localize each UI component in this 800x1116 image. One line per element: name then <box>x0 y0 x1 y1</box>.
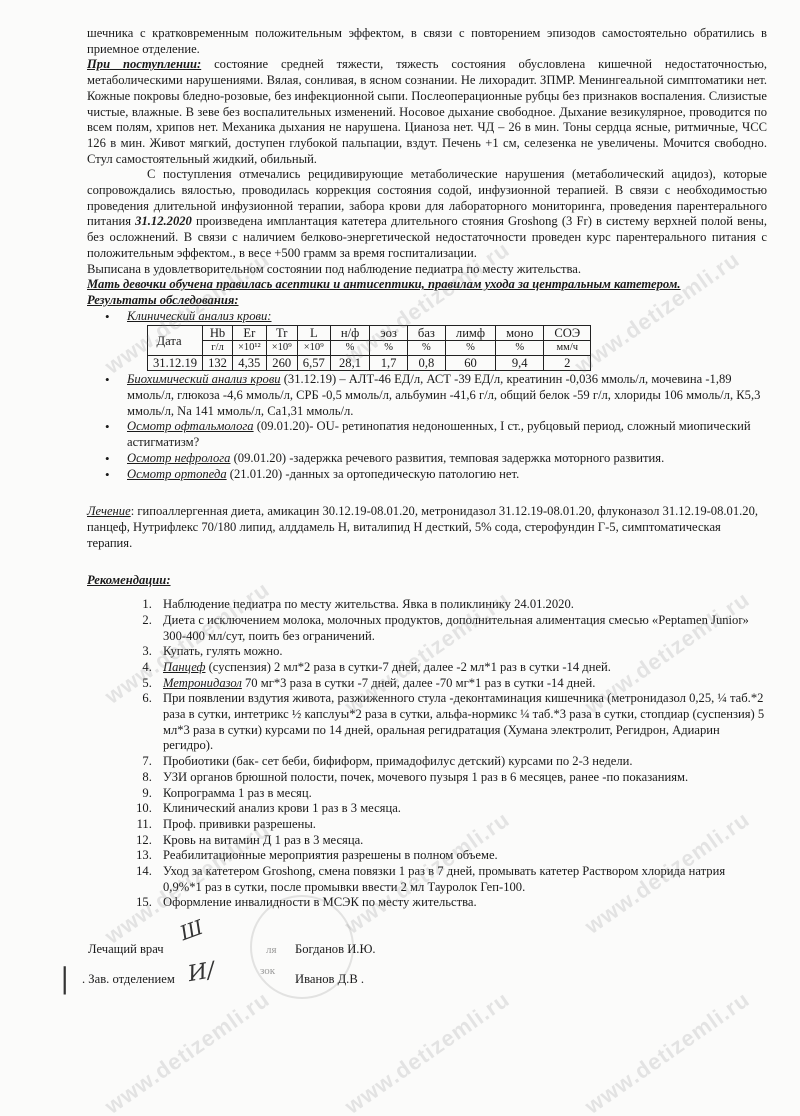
header-l: L <box>297 326 330 341</box>
recommendation-item: Панцеф (суспензия) 2 мл*2 раза в сутки-7… <box>155 660 767 676</box>
treatment-paragraph: Лечение: гипоаллергенная диета, амикацин… <box>87 504 767 551</box>
cell-soe: 2 <box>544 356 591 371</box>
orthopedist-label: Осмотр ортопеда <box>127 467 227 481</box>
header-mono: моно <box>496 326 544 341</box>
unit-baz: % <box>407 341 445 356</box>
recommendation-item: Уход за катетером Groshong, смена повязк… <box>155 864 767 895</box>
date-header: Дата <box>148 326 203 356</box>
recommendation-text: Пробиотики (бак- сет беби, бифиформ, при… <box>163 754 633 768</box>
unit-l: ×10⁹ <box>297 341 330 356</box>
cbc-data-row: 31.12.19 132 4,35 260 6,57 28,1 1,7 0,8 … <box>148 356 591 371</box>
watermark-text: www.detizemli.ru <box>580 986 755 1116</box>
recommendations-heading: Рекомендации: <box>87 573 767 589</box>
biochem-label: Биохимический анализ крови <box>127 372 281 386</box>
recommendation-text: 70 мг*3 раза в сутки -7 дней, далее -70 … <box>242 676 596 690</box>
cell-limf: 60 <box>445 356 495 371</box>
recommendation-item: Купать, гулять можно. <box>155 644 767 660</box>
document-page: шечника с кратковременным положительным … <box>87 26 767 911</box>
header-eoz: эоз <box>370 326 408 341</box>
recommendation-item: Диета с исключением молока, молочных про… <box>155 613 767 644</box>
cell-tr: 260 <box>266 356 297 371</box>
unit-mono: % <box>496 341 544 356</box>
recommendation-item: Клинический анализ крови 1 раз в 3 месяц… <box>155 801 767 817</box>
recommendation-text: Клинический анализ крови 1 раз в 3 месяц… <box>163 801 401 815</box>
course-paragraph: С поступления отмечались рецидивирующие … <box>87 167 767 261</box>
admission-text: состояние средней тяжести, тяжесть состо… <box>87 57 767 165</box>
head-name: Иванов Д.В . <box>295 972 364 987</box>
nephrologist-text: (09.01.20) -задержка речевого развития, … <box>230 451 664 465</box>
orthopedist-text: (21.01.20) -данных за ортопедическую пат… <box>227 467 520 481</box>
header-tr: Tr <box>266 326 297 341</box>
recommendation-label: Метронидазол <box>163 676 242 690</box>
handwritten-mark: | <box>60 962 69 995</box>
catheter-date: 31.12.2020 <box>135 214 192 228</box>
cbc-header-row: Дата Hb Er Tr L н/ф эоз баз лимф моно СО… <box>148 326 591 341</box>
cbc-item: Клинический анализ крови: Дата Hb Er Tr … <box>127 309 767 372</box>
stamp-text-2: зок <box>260 965 275 977</box>
signature-head: И/ <box>186 958 217 987</box>
unit-nf: % <box>330 341 369 356</box>
recommendation-item: Оформление инвалидности в МСЭК по месту … <box>155 895 767 911</box>
admission-paragraph: При поступлении: состояние средней тяжес… <box>87 57 767 167</box>
recommendation-item: Пробиотики (бак- сет беби, бифиформ, при… <box>155 754 767 770</box>
recommendation-item: Реабилитационные мероприятия разрешены в… <box>155 848 767 864</box>
watermark-text: www.detizemli.ru <box>100 986 275 1116</box>
attending-role: Лечащий врач <box>88 942 164 957</box>
ophthalmologist-item: Осмотр офтальмолога (09.01.20)- OU- рети… <box>127 419 767 450</box>
results-list: Клинический анализ крови: Дата Hb Er Tr … <box>87 309 767 483</box>
recommendation-text: УЗИ органов брюшной полости, почек, моче… <box>163 770 688 784</box>
recommendation-text: При появлении вздутия живота, разжиженно… <box>163 691 764 752</box>
signature-attending: Ш <box>177 915 207 945</box>
recommendation-text: Кровь на витамин Д 1 раз в 3 месяца. <box>163 833 363 847</box>
unit-tr: ×10⁹ <box>266 341 297 356</box>
results-heading: Результаты обследования: <box>87 293 767 309</box>
unit-hb: г/л <box>203 341 233 356</box>
recommendation-text: Диета с исключением молока, молочных про… <box>163 613 749 643</box>
unit-er: ×10¹² <box>232 341 266 356</box>
recommendation-text: Копрограмма 1 раз в месяц. <box>163 786 312 800</box>
cbc-unit-row: г/л ×10¹² ×10⁹ ×10⁹ % % % % % мм/ч <box>148 341 591 356</box>
cell-baz: 0,8 <box>407 356 445 371</box>
nephrologist-item: Осмотр нефролога (09.01.20) -задержка ре… <box>127 451 767 467</box>
treatment-heading: Лечение <box>87 504 131 518</box>
discharge-paragraph: Выписана в удовлетворительном состоянии … <box>87 262 767 278</box>
cell-eoz: 1,7 <box>370 356 408 371</box>
header-soe: СОЭ <box>544 326 591 341</box>
mother-note: Мать девочки обучена правилась асептики … <box>87 277 767 293</box>
recommendation-text: Купать, гулять можно. <box>163 644 283 658</box>
intro-paragraph: шечника с кратковременным положительным … <box>87 26 767 57</box>
cell-l: 6,57 <box>297 356 330 371</box>
header-baz: баз <box>407 326 445 341</box>
cell-er: 4,35 <box>232 356 266 371</box>
header-hb: Hb <box>203 326 233 341</box>
orthopedist-item: Осмотр ортопеда (21.01.20) -данных за ор… <box>127 467 767 483</box>
stamp-text-1: ля <box>266 944 277 956</box>
treatment-text: : гипоаллергенная диета, амикацин 30.12.… <box>87 504 758 549</box>
unit-soe: мм/ч <box>544 341 591 356</box>
header-limf: лимф <box>445 326 495 341</box>
cbc-table: Дата Hb Er Tr L н/ф эоз баз лимф моно СО… <box>147 325 591 371</box>
cbc-label: Клинический анализ крови: <box>127 309 271 323</box>
recommendation-item: УЗИ органов брюшной полости, почек, моче… <box>155 770 767 786</box>
head-role: . Зав. отделением <box>82 972 175 987</box>
attending-name: Богданов И.Ю. <box>295 942 376 957</box>
header-er: Er <box>232 326 266 341</box>
nephrologist-label: Осмотр нефролога <box>127 451 230 465</box>
recommendation-item: Кровь на витамин Д 1 раз в 3 месяца. <box>155 833 767 849</box>
watermark-text: www.detizemli.ru <box>340 986 515 1116</box>
biochem-item: Биохимический анализ крови (31.12.19) – … <box>127 372 767 419</box>
recommendation-text: Проф. прививки разрешены. <box>163 817 316 831</box>
recommendation-text: Реабилитационные мероприятия разрешены в… <box>163 848 498 862</box>
recommendation-item: При появлении вздутия живота, разжиженно… <box>155 691 767 754</box>
cell-date: 31.12.19 <box>148 356 203 371</box>
recommendation-item: Наблюдение педиатра по месту жительства.… <box>155 597 767 613</box>
recommendation-text: Уход за катетером Groshong, смена повязк… <box>163 864 725 894</box>
unit-eoz: % <box>370 341 408 356</box>
unit-limf: % <box>445 341 495 356</box>
recommendation-text: Наблюдение педиатра по месту жительства.… <box>163 597 574 611</box>
recommendation-item: Проф. прививки разрешены. <box>155 817 767 833</box>
recommendation-label: Панцеф <box>163 660 205 674</box>
recommendation-item: Метронидазол 70 мг*3 раза в сутки -7 дне… <box>155 676 767 692</box>
recommendations-list: Наблюдение педиатра по месту жительства.… <box>87 597 767 911</box>
cell-mono: 9,4 <box>496 356 544 371</box>
admission-heading: При поступлении: <box>87 57 201 71</box>
ophthalmologist-label: Осмотр офтальмолога <box>127 419 254 433</box>
recommendation-item: Копрограмма 1 раз в месяц. <box>155 786 767 802</box>
cell-nf: 28,1 <box>330 356 369 371</box>
recommendation-text: (суспензия) 2 мл*2 раза в сутки-7 дней, … <box>205 660 610 674</box>
cell-hb: 132 <box>203 356 233 371</box>
header-nf: н/ф <box>330 326 369 341</box>
